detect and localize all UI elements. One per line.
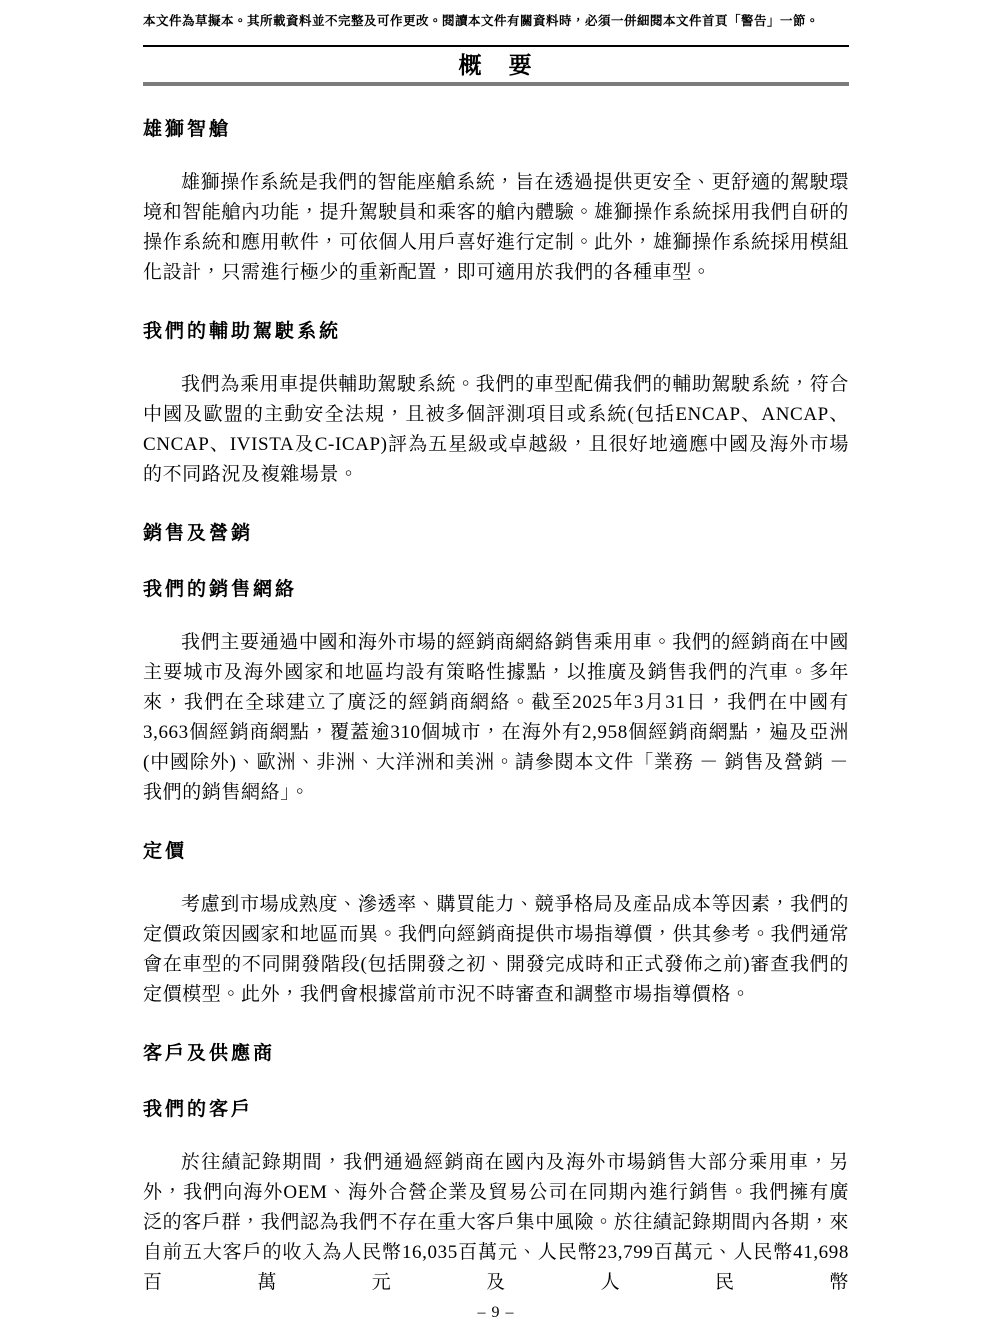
header-rule-top bbox=[143, 45, 849, 47]
heading-adas: 我們的輔助駕駛系統 bbox=[143, 320, 849, 344]
heading-sales-marketing: 銷售及營銷 bbox=[143, 522, 849, 546]
heading-customers-suppliers: 客戶及供應商 bbox=[143, 1042, 849, 1066]
paragraph-sales-network: 我們主要通過中國和海外市場的經銷商網絡銷售乘用車。我們的經銷商在中國主要城市及海… bbox=[143, 628, 849, 808]
heading-pricing: 定價 bbox=[143, 840, 849, 864]
paragraph-pricing: 考慮到市場成熟度、滲透率、購買能力、競爭格局及產品成本等因素，我們的定價政策因國… bbox=[143, 890, 849, 1010]
section-sales-marketing: 銷售及營銷 bbox=[143, 522, 849, 546]
heading-lion-cockpit: 雄獅智艙 bbox=[143, 118, 849, 142]
heading-sales-network: 我們的銷售網絡 bbox=[143, 578, 849, 602]
section-customers-suppliers: 客戶及供應商 bbox=[143, 1042, 849, 1066]
section-our-customers: 我們的客戶 於往績記錄期間，我們通過經銷商在國內及海外市場銷售大部分乘用車，另外… bbox=[143, 1098, 849, 1298]
page-title: 概 要 bbox=[143, 51, 849, 81]
section-pricing: 定價 考慮到市場成熟度、滲透率、購買能力、競爭格局及產品成本等因素，我們的定價政… bbox=[143, 840, 849, 1010]
section-sales-network: 我們的銷售網絡 我們主要通過中國和海外市場的經銷商網絡銷售乘用車。我們的經銷商在… bbox=[143, 578, 849, 808]
section-lion-cockpit: 雄獅智艙 雄獅操作系統是我們的智能座艙系統，旨在透過提供更安全、更舒適的駕駛環境… bbox=[143, 118, 849, 288]
page-number: – 9 – bbox=[143, 1303, 849, 1323]
section-adas: 我們的輔助駕駛系統 我們為乘用車提供輔助駕駛系統。我們的車型配備我們的輔助駕駛系… bbox=[143, 320, 849, 490]
draft-disclaimer: 本文件為草擬本。其所載資料並不完整及可作更改。閱讀本文件有關資料時，必須一併細閱… bbox=[143, 13, 849, 30]
paragraph-our-customers: 於往績記錄期間，我們通過經銷商在國內及海外市場銷售大部分乘用車，另外，我們向海外… bbox=[143, 1148, 849, 1298]
paragraph-adas: 我們為乘用車提供輔助駕駛系統。我們的車型配備我們的輔助駕駛系統，符合中國及歐盟的… bbox=[143, 370, 849, 490]
header-rule-bottom bbox=[143, 82, 849, 86]
document-page: 本文件為草擬本。其所載資料並不完整及可作更改。閱讀本文件有關資料時，必須一併細閱… bbox=[0, 0, 992, 1323]
heading-our-customers: 我們的客戶 bbox=[143, 1098, 849, 1122]
paragraph-lion-cockpit: 雄獅操作系統是我們的智能座艙系統，旨在透過提供更安全、更舒適的駕駛環境和智能艙內… bbox=[143, 168, 849, 288]
